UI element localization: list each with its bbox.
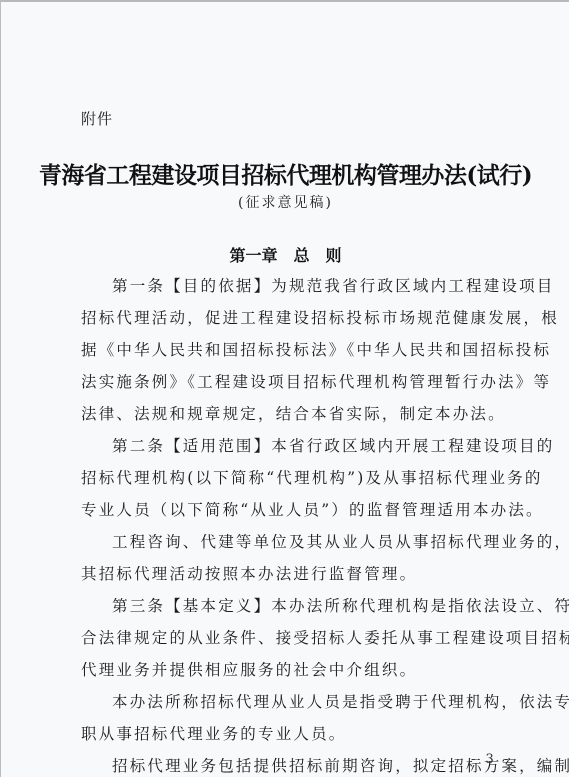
body-line: 法律、法规和规章规定，结合本省实际，制定本办法。 bbox=[81, 398, 511, 430]
document-page: 附件 青海省工程建设项目招标代理机构管理办法(试行) (征求意见稿) 第一章 总… bbox=[0, 0, 569, 777]
body-line: 本办法所称招标代理从业人员是指受聘于代理机构，依法专 bbox=[81, 686, 511, 718]
body-line: 职从事招标代理业务的专业人员。 bbox=[81, 718, 511, 750]
body-line: 招标代理机构(以下简称“代理机构”)及从事招标代理业务的 bbox=[81, 462, 511, 494]
document-title: 青海省工程建设项目招标代理机构管理办法(试行) bbox=[1, 157, 569, 190]
attachment-label: 附件 bbox=[81, 108, 113, 129]
body-line: 据《中华人民共和国招标投标法》《中华人民共和国招标投标 bbox=[81, 334, 511, 366]
body-line: 代理业务并提供相应服务的社会中介组织。 bbox=[81, 654, 511, 686]
page-number: - 3 - bbox=[471, 752, 511, 767]
body-line: 招标代理业务包括提供招标前期咨询，拟定招标方案，编制 bbox=[81, 750, 511, 777]
document-body: 第一条【目的依据】为规范我省行政区域内工程建设项目 招标代理活动，促进工程建设招… bbox=[81, 270, 511, 777]
body-line: 工程咨询、代建等单位及其从业人员从事招标代理业务的， bbox=[81, 526, 511, 558]
body-line: 第一条【目的依据】为规范我省行政区域内工程建设项目 bbox=[81, 270, 511, 302]
body-line: 第二条【适用范围】本省行政区域内开展工程建设项目的 bbox=[81, 430, 511, 462]
body-line: 第三条【基本定义】本办法所称代理机构是指依法设立、符 bbox=[81, 590, 511, 622]
document-subtitle: (征求意见稿) bbox=[1, 192, 569, 212]
body-line: 合法律规定的从业条件、接受招标人委托从事工程建设项目招标 bbox=[81, 622, 511, 654]
chapter-heading: 第一章 总 则 bbox=[1, 243, 569, 266]
body-line: 专业人员（以下简称“从业人员”）的监督管理适用本办法。 bbox=[81, 494, 511, 526]
body-line: 法实施条例》《工程建设项目招标代理机构管理暂行办法》等 bbox=[81, 366, 511, 398]
body-line: 招标代理活动，促进工程建设招标投标市场规范健康发展，根 bbox=[81, 302, 511, 334]
body-line: 其招标代理活动按照本办法进行监督管理。 bbox=[81, 558, 511, 590]
